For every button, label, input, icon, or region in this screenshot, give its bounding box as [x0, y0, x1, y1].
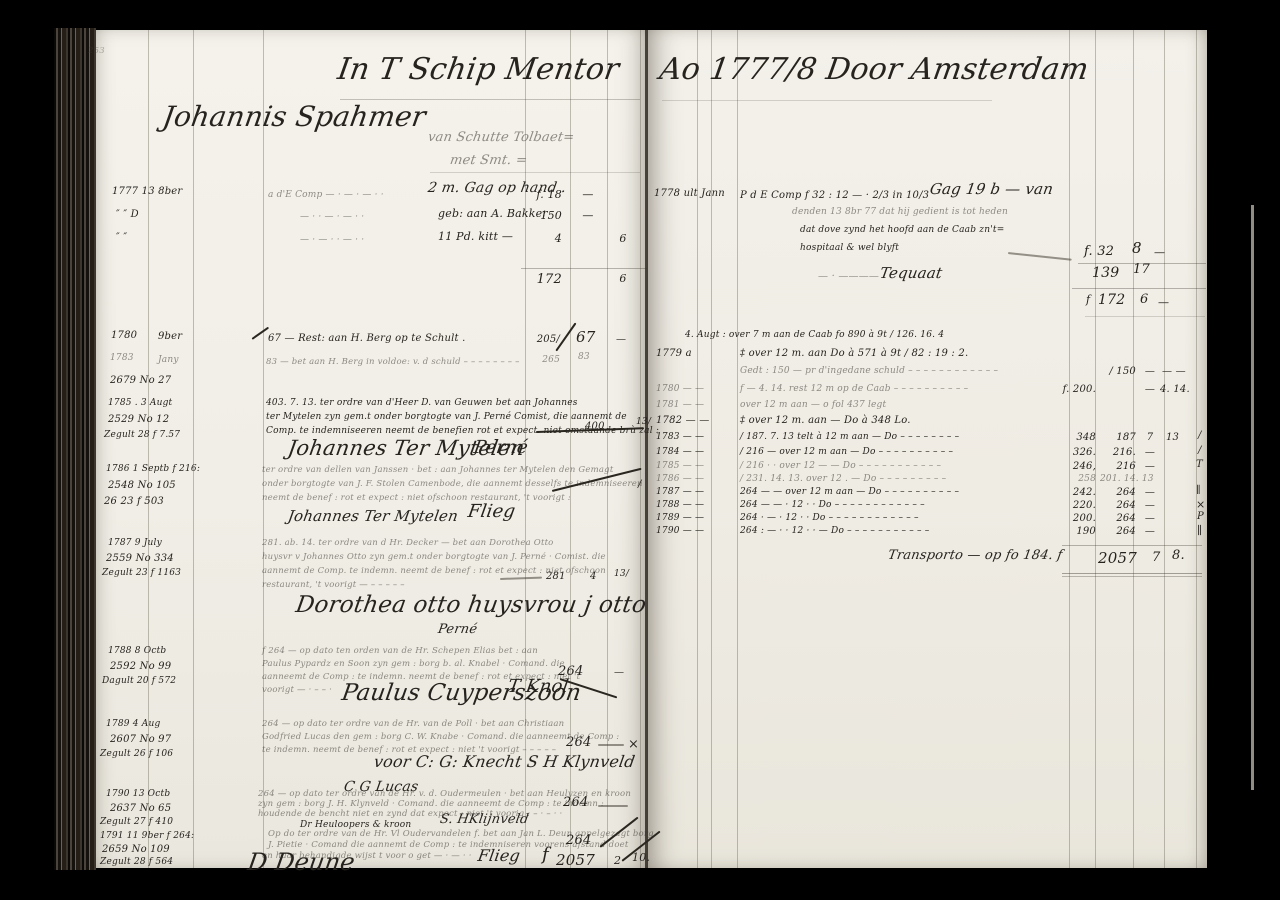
amount-guilders: 348: [1056, 432, 1096, 443]
amount-guilders: 281: [546, 571, 566, 582]
entry-ref: 2679 No 27: [110, 375, 171, 386]
entry-date: 1778 ult Jann: [654, 188, 725, 199]
amount-stuivers: 17: [1133, 262, 1150, 277]
amount-mark: ×: [1196, 498, 1205, 511]
entry-text: / 187. 7. 13 telt à 12 m aan — Do – – – …: [740, 432, 959, 442]
entry-text: ter ordre van dellen van Janssen · bet :…: [262, 465, 613, 475]
amount-mark: 13/: [614, 569, 629, 579]
column-rule: [263, 30, 264, 868]
row-rule: [1072, 288, 1206, 289]
amount-stuivers: —: [616, 334, 626, 345]
column-rule: [1164, 30, 1165, 868]
amount-stuivers: —: [614, 667, 624, 678]
amount-guilders: 265: [516, 355, 560, 365]
amount-total-stuivers: 6: [610, 272, 636, 285]
entry-ref: 2659 No 109: [102, 844, 170, 855]
entry-text: Gedt : 150 — pr d'ingedane schuld – – – …: [740, 366, 998, 376]
entry-date: 1786 1 Septb f 216:: [106, 464, 200, 474]
scanned-ledger-spread: 253 In T Schip Mentor Johannis Spahmer v…: [0, 0, 1280, 900]
entry-text: dat dove zynd het hoofd aan de Caab zn't…: [800, 225, 1004, 235]
entry-ref: 2548 No 105: [108, 480, 176, 491]
amount-stuivers: —: [1140, 500, 1160, 511]
column-rule: [1196, 30, 1197, 868]
book-spine-page-edges: [54, 28, 96, 870]
entry-text: 264 : — · · 12 · · — Do – – – – – – – – …: [740, 526, 929, 536]
entry-text: / 216 · · over 12 — — Do – – – – – – – –…: [740, 461, 941, 471]
entry-text: denden 13 8br 77 dat hij gedient is tot …: [792, 207, 1008, 217]
entry-leader: — · — · · — · ·: [300, 235, 364, 245]
total-rule: [1062, 573, 1202, 574]
amount-guilders: 4: [516, 232, 562, 245]
entry-date: ″ ″ D: [116, 209, 139, 220]
entry-text: 11 Pd. kitt —: [438, 230, 513, 243]
amount-penningen: —: [1154, 246, 1165, 259]
entry-date: 1786 — —: [656, 474, 704, 484]
entry-leader: — · ———— ·: [818, 271, 886, 282]
entry-date: 1789 4 Aug: [106, 719, 160, 729]
amount-guilders: f. 18: [516, 188, 562, 201]
amount-guilders: 264: [566, 833, 591, 848]
amount-guilders: 139: [1092, 265, 1119, 281]
amount-guilders: 246,: [1056, 461, 1096, 472]
row-rule: [430, 172, 640, 173]
entry-date: 9ber: [158, 331, 182, 342]
entry-text: P d E Comp f 32 : 12 — · 2/3 in 10/3: [740, 190, 929, 201]
amount-total-guilders: 172: [516, 272, 562, 287]
entry-text: 281. ab. 14. ter ordre van d Hr. Decker …: [262, 538, 554, 548]
amount-guilders: 264: [1098, 513, 1136, 524]
amount-penningen: — —: [1162, 366, 1186, 377]
entry-text: Op do ter ordre van de Hr. Vl Oudervande…: [268, 829, 657, 839]
entry-text: 403. 7. 13. ter ordre van d'Heer D. van …: [266, 398, 578, 408]
entry-date: 1787 — —: [656, 487, 704, 497]
section-heading: Dorothea otto huysvrou j otto: [294, 592, 648, 618]
amount-penningen: 4. 14.: [1160, 384, 1190, 395]
amount-guilders: 264: [566, 735, 591, 750]
entry-date: 1790 13 Octb: [106, 789, 170, 799]
amount-guilders: 205/: [516, 334, 560, 345]
entry-date: 1782 — —: [656, 415, 709, 426]
entry-text: over 12 m aan — o fol 437 legt: [740, 400, 886, 410]
amount-stuivers: 7: [1140, 432, 1160, 443]
entry-text: 83 — bet aan H. Berg in voldoe: v. d sch…: [266, 357, 520, 367]
ink-stroke: [598, 744, 624, 746]
amount-total-stuivers: 7: [1152, 550, 1160, 565]
amount-guilders: 190: [1056, 526, 1096, 537]
amount-mark: P: [1197, 511, 1204, 522]
entry-ref: 2559 No 334: [106, 553, 174, 564]
account-name-suffix: van Schutte Tolbaet=: [427, 130, 576, 145]
column-rule: [607, 30, 608, 868]
entry-ref: 2529 No 12: [108, 414, 169, 425]
amount-guilders: 187: [1098, 432, 1136, 443]
amount-guilders: 67: [576, 328, 596, 346]
entry-date: 1791 11 9ber f 264:: [100, 831, 194, 841]
currency-sign: f: [1086, 293, 1090, 306]
entry-ref: Zegult 26 f 106: [100, 749, 173, 759]
entry-ref: Dagult 20 f 572: [102, 676, 176, 686]
entry-date: 1784 — —: [656, 447, 704, 457]
entry-text: ter Mytelen zyn gem.t onder borgtogte va…: [266, 412, 627, 422]
entry-text: f 264 — op dato ten orden van de Hr. Sch…: [262, 646, 538, 656]
ink-stroke: [598, 805, 628, 807]
gutter-rule: [645, 30, 648, 868]
entry-date: ″ ″: [116, 232, 127, 243]
page-header-left: In T Schip Mentor: [335, 52, 621, 87]
column-rule: [193, 30, 194, 868]
amount-mark: ×: [628, 737, 639, 752]
entry-date: 1788 8 Octb: [108, 646, 166, 656]
entry-ref: Zegult 27 f 410: [100, 817, 173, 827]
entry-text: restaurant, 't voorigt — – – – – –: [262, 580, 405, 590]
column-rule: [640, 30, 641, 868]
entry-date: 1780: [111, 330, 137, 341]
signature: T Knol: [506, 676, 570, 697]
entry-text: 264 — — · 12 · · Do – – – – – – – – – – …: [740, 500, 925, 510]
signature: Perné: [437, 622, 479, 637]
amount-stuivers: 8: [1132, 239, 1142, 257]
entry-date: 1783: [110, 353, 134, 363]
amount-mark: ∥: [1197, 524, 1202, 537]
amount-guilders: 200.: [1056, 513, 1096, 524]
amount-guilders: / 150: [1098, 366, 1136, 377]
currency-sign: f: [542, 844, 549, 865]
entry-leader: — · · — · — · ·: [300, 212, 364, 222]
amount-guilders: 150: [516, 209, 562, 222]
amount-mark: ∥: [1196, 485, 1201, 496]
entry-ref: Zegult 23 f 1163: [102, 568, 181, 578]
entry-text: ‡ over 12 m. aan — Do à 348 Lo.: [740, 415, 911, 426]
signature: Flieg: [476, 846, 521, 865]
signature: S. HKlijnveld: [439, 812, 530, 827]
amount-stuivers: —: [1140, 487, 1160, 498]
total-rule: [521, 268, 647, 269]
amount-mark: 13/: [636, 417, 651, 427]
page-number: 253: [88, 46, 105, 56]
amount-total-stuivers: 2: [614, 854, 621, 867]
amount-guilders: 264: [1098, 526, 1136, 537]
account-name: Johannis Spahmer: [160, 100, 428, 133]
total-rule: [1062, 545, 1202, 546]
entry-text: voorigt — · – – ·: [262, 685, 332, 695]
signature: Perné: [472, 437, 529, 458]
amount-penningen: 13: [1166, 432, 1179, 443]
page-edge: [1251, 205, 1254, 790]
entry-text: 67 — Rest: aan H. Berg op te Schult .: [268, 333, 466, 344]
entry-ref: 2637 No 65: [110, 803, 171, 814]
amount-stuivers: —: [1140, 461, 1160, 472]
column-rule: [711, 30, 712, 868]
amount-total-penningen: 10.: [632, 851, 650, 864]
entry-date: 1785 . 3 Augt: [108, 398, 172, 408]
entry-text: / 216 — over 12 m aan — Do – – – – – – –…: [740, 447, 953, 457]
entry-text: Tequaat: [879, 264, 944, 282]
amount-guilders: 264: [1098, 500, 1136, 511]
row-rule: [662, 100, 992, 101]
amount-mark: /: [1198, 430, 1202, 441]
amount-stuivers: —: [574, 188, 602, 201]
amount-total-stuivers: 6: [1140, 292, 1148, 307]
amount-guilders: 83: [578, 352, 590, 362]
entry-date: 1788 — —: [656, 500, 704, 510]
entry-date: Jany: [158, 355, 179, 365]
entry-date: 1787 9 July: [108, 538, 162, 548]
amount-mark: /: [638, 479, 642, 490]
entry-text: 4. Augt : over 7 m aan de Caab fo 890 à …: [685, 330, 944, 340]
entry-ref: 2607 No 97: [110, 734, 171, 745]
amount-mark: /: [1198, 445, 1202, 456]
entry-ref: Zegult 28 f 7.57: [104, 430, 180, 440]
amount-total-penningen: —: [1158, 296, 1169, 309]
account-name-suffix: met Smt. =: [449, 153, 528, 168]
entry-date: 1789 — —: [656, 513, 704, 523]
amount-stuivers: 6: [610, 232, 636, 245]
amount-guilders: 220.: [1056, 500, 1096, 511]
entry-ref: 2592 No 99: [110, 661, 171, 672]
amount-guilders: f. 32: [1084, 244, 1114, 259]
total-rule: [1062, 576, 1202, 577]
entry-text: zyn gem : borg J. H. Klynveld · Comand. …: [258, 799, 604, 809]
amount-guilders: 264: [1098, 487, 1136, 498]
amount-guilders: 326.: [1056, 447, 1096, 458]
entry-text: 264 · — · 12 · · Do – – – – – – – – – – …: [740, 513, 919, 523]
entry-date: 1781 — —: [656, 400, 704, 410]
signature: Johannes Ter Mytelen: [287, 507, 460, 525]
entry-date: 1790 — —: [656, 526, 704, 536]
amount-total-guilders: 2057: [556, 851, 595, 869]
entry-date: 1779 a: [656, 348, 692, 359]
amount-guilders: 216.: [1098, 447, 1136, 458]
entry-leader: a d'E Comp — · — · — · ·: [268, 190, 384, 200]
entry-date: 1780 — —: [656, 384, 704, 394]
entry-date: 1785 — —: [656, 461, 704, 471]
signature: D Deune: [246, 848, 357, 876]
amount-guilders: 258: [1056, 474, 1096, 484]
amount-mark: T: [1196, 459, 1203, 470]
entry-text: hospitaal & wel blyft: [800, 243, 899, 253]
amount-stuivers: —: [1140, 526, 1160, 537]
carry-forward-label: Transporto — op fo 184. f: [887, 548, 1064, 563]
signature: voor C: G: Knecht S H Klynveld: [372, 752, 636, 771]
amount-total-penningen: 8.: [1172, 548, 1185, 563]
amount-stuivers: —: [1140, 384, 1160, 395]
entry-ref: Zegult 28 f 564: [100, 857, 173, 867]
amount-total-guilders: 2057: [1098, 549, 1137, 567]
entry-text: f — 4. 14. rest 12 m op de Caab – – – – …: [740, 384, 968, 394]
entry-text: ‡ over 12 m. aan Do à 571 à 9t / 82 : 19…: [740, 348, 968, 359]
entry-text: Gag 19 b — van: [929, 180, 1055, 198]
amount-stuivers: —: [1140, 366, 1160, 377]
amount-stuivers: —: [1140, 513, 1160, 524]
entry-text: 264 — — over 12 m aan — Do – – – – – – –…: [740, 487, 959, 497]
entry-text: Paulus Pypardz en Soon zyn gem : borg b.…: [262, 659, 565, 669]
page-header-right: Ao 1777/8 Door Amsterdam: [657, 52, 1091, 87]
amount-stuivers: —: [574, 209, 602, 222]
amount-guilders: 216: [1098, 461, 1136, 472]
amount-stuivers: —: [1140, 447, 1160, 458]
entry-text: huysvr v Johannes Otto zyn gem.t onder b…: [262, 552, 606, 562]
entry-text: 264 — op dato ter ordre van de Hr. van d…: [262, 719, 564, 729]
amount-guilders: 242.: [1056, 487, 1096, 498]
entry-text: / 231. 14. 13. over 12 . — Do – – – – – …: [740, 474, 946, 484]
amount-guilders: 264: [563, 795, 588, 810]
amount-guilders: 201. 14. 13: [1100, 474, 1154, 484]
entry-date: 1777 13 8ber: [112, 186, 182, 197]
column-rule: [737, 30, 738, 868]
entry-text: neemt de benef : rot et expect : niet of…: [262, 493, 571, 503]
entry-ref: 26 23 f 503: [104, 496, 164, 507]
amount-total-guilders: 172: [1098, 292, 1125, 308]
signature: Flieg: [466, 501, 517, 522]
entry-date: 1783 — —: [656, 432, 704, 442]
row-rule: [1085, 316, 1205, 317]
amount-guilders: f. 200.: [1052, 384, 1096, 395]
amount-stuivers: 4: [590, 571, 597, 582]
